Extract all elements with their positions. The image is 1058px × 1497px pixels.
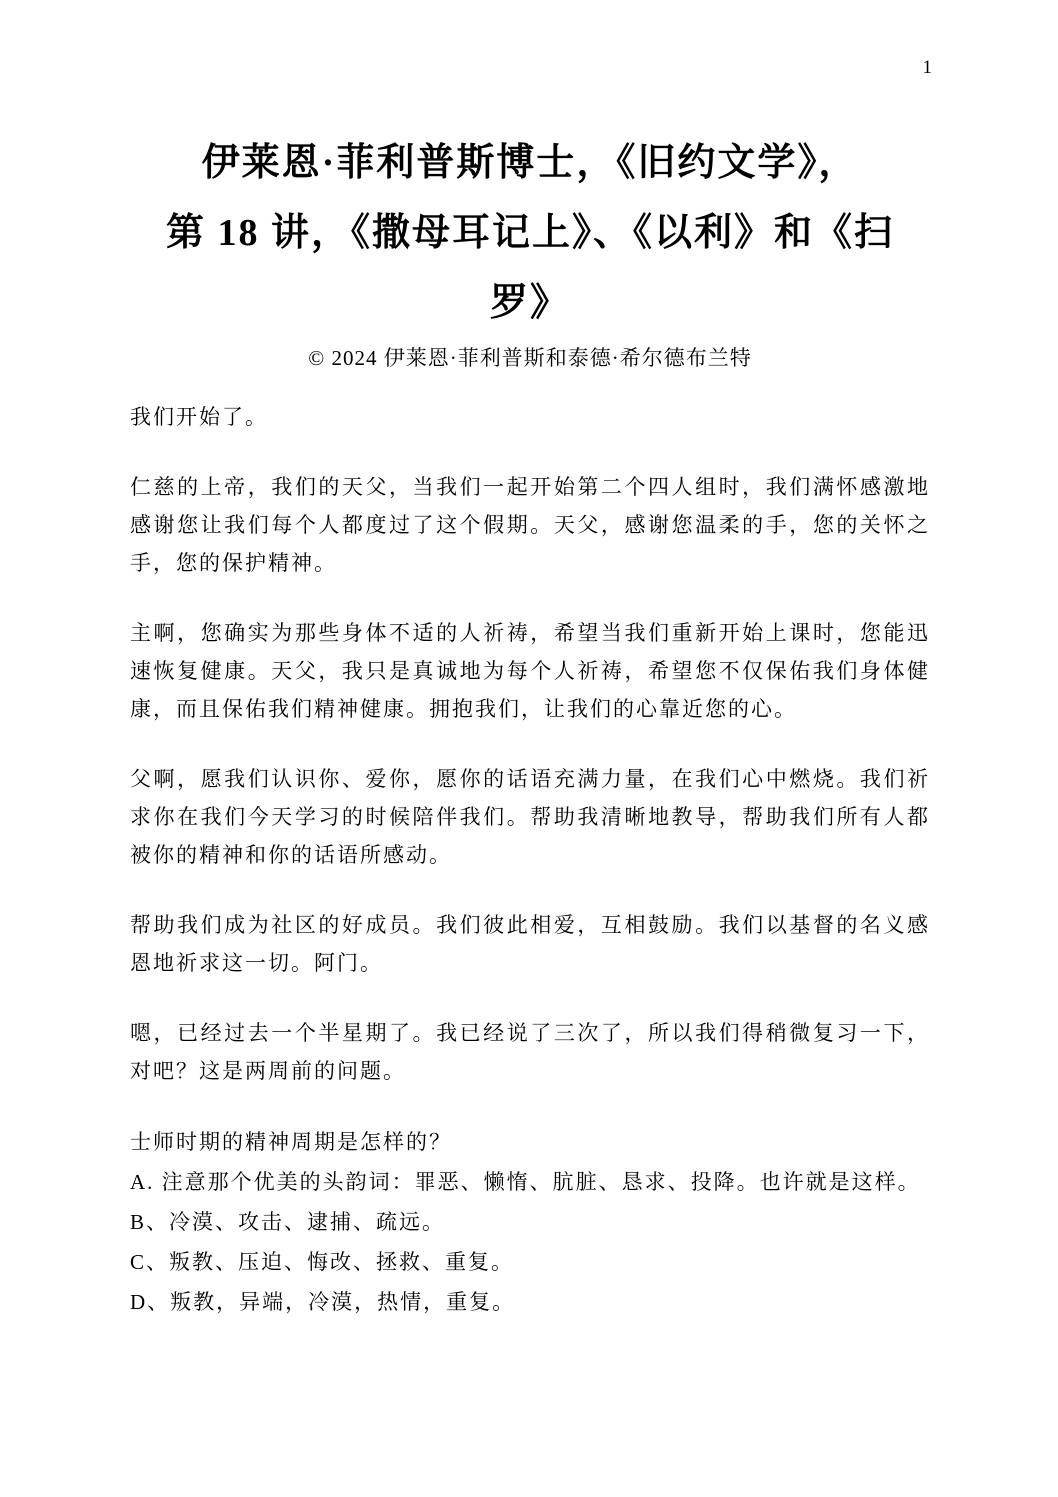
quiz-option-b: B、冷漠、攻击、逮捕、疏远。 [130,1202,930,1242]
title-line-3: 罗》 [130,268,930,338]
quiz-block: 士师时期的精神周期是怎样的？ A. 注意那个优美的头韵词：罪恶、懒惰、肮脏、恳求… [130,1122,930,1322]
document-title: 伊莱恩·菲利普斯博士，《旧约文学》， 第 18 讲，《撒母耳记上》、《以利》和《… [130,128,930,338]
quiz-option-c: C、叛教、压迫、悔改、拯救、重复。 [130,1242,930,1282]
paragraph-opening: 我们开始了。 [130,398,930,436]
title-line-1: 伊莱恩·菲利普斯博士，《旧约文学》， [130,128,930,198]
page-number: 1 [923,56,933,80]
quiz-option-d: D、叛教，异端，冷漠，热情，重复。 [130,1282,930,1322]
paragraph-review-intro: 嗯，已经过去一个半星期了。我已经说了三次了，所以我们得稍微复习一下，对吧？这是两… [130,1014,930,1090]
paragraph-prayer-3: 父啊，愿我们认识你、爱你，愿你的话语充满力量，在我们心中燃烧。我们祈求你在我们今… [130,760,930,874]
copyright-line: © 2024 伊莱恩·菲利普斯和泰德·希尔德布兰特 [130,340,930,376]
paragraph-prayer-4: 帮助我们成为社区的好成员。我们彼此相爱，互相鼓励。我们以基督的名义感恩地祈求这一… [130,906,930,982]
paragraph-prayer-1: 仁慈的上帝，我们的天父，当我们一起开始第二个四人组时，我们满怀感激地感谢您让我们… [130,468,930,582]
paragraph-prayer-2: 主啊，您确实为那些身体不适的人祈祷，希望当我们重新开始上课时，您能迅速恢复健康。… [130,614,930,728]
document-content: 伊莱恩·菲利普斯博士，《旧约文学》， 第 18 讲，《撒母耳记上》、《以利》和《… [0,128,1058,1322]
document-page: 1 伊莱恩·菲利普斯博士，《旧约文学》， 第 18 讲，《撒母耳记上》、《以利》… [0,0,1058,1497]
quiz-option-a: A. 注意那个优美的头韵词：罪恶、懒惰、肮脏、恳求、投降。也许就是这样。 [130,1162,930,1202]
quiz-question: 士师时期的精神周期是怎样的？ [130,1122,930,1162]
document-body: 我们开始了。 仁慈的上帝，我们的天父，当我们一起开始第二个四人组时，我们满怀感激… [130,398,930,1322]
title-line-2: 第 18 讲，《撒母耳记上》、《以利》和《扫 [130,198,930,268]
